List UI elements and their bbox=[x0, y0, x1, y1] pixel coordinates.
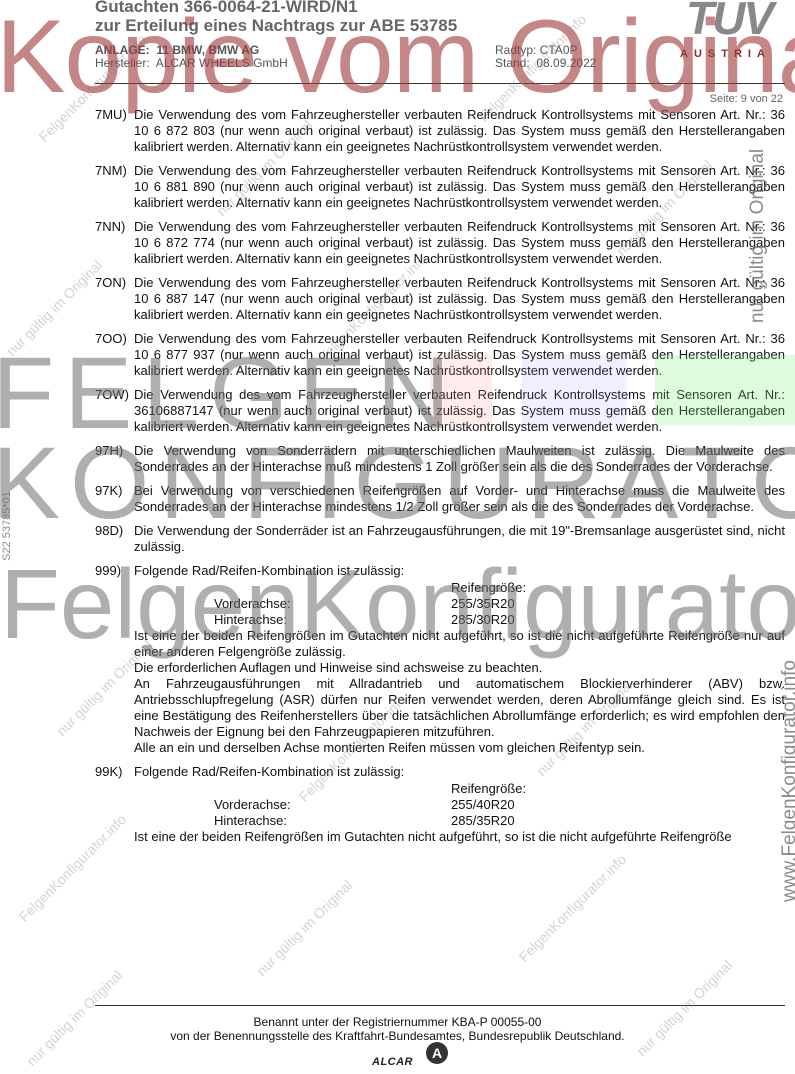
front-axle-label: Vorderachse: bbox=[214, 797, 291, 813]
anlage-line: ANLAGE: 11 BMW, BMW AG bbox=[95, 43, 259, 57]
tuv-logo-mark: TÜV bbox=[686, 0, 772, 46]
clause-text: Die Verwendung des vom Fahrzeugherstelle… bbox=[134, 331, 785, 379]
note: Die erforderlichen Auflagen und Hinweise… bbox=[134, 660, 785, 676]
anlage-label: ANLAGE: bbox=[95, 43, 150, 57]
note: Ist eine der beiden Reifengrößen im Guta… bbox=[134, 628, 785, 660]
clause-item: 7ON)Die Verwendung des vom Fahrzeugherst… bbox=[95, 275, 785, 323]
combination-intro: Folgende Rad/Reifen-Kombination ist zulä… bbox=[134, 764, 785, 780]
clause-code: 97K) bbox=[95, 483, 122, 499]
clause-code: 99K) bbox=[95, 764, 122, 780]
watermark-diagonal: nur gültig im Original bbox=[633, 957, 735, 1059]
clause-item: 7NM)Die Verwendung des vom Fahrzeugherst… bbox=[95, 163, 785, 211]
watermark-diagonal: FelgenKonfigurator.info bbox=[516, 851, 630, 965]
alcar-logo: ALCAR A bbox=[370, 1040, 460, 1074]
clause-code: 7ON) bbox=[95, 275, 126, 291]
hersteller-label: Hersteller: bbox=[95, 56, 150, 70]
footer-divider bbox=[95, 1005, 785, 1006]
combination-notes: Ist eine der beiden Reifengrößen im Guta… bbox=[134, 829, 785, 845]
tuv-austria-logo: TÜV AUSTRIA bbox=[680, 0, 790, 70]
clause-code: 98D) bbox=[95, 523, 123, 539]
clause-item: 97H)Die Verwendung von Sonderrädern mit … bbox=[95, 443, 785, 475]
tyre-size-header: Reifengröße: bbox=[451, 781, 526, 797]
stand-value: 08.09.2022 bbox=[536, 56, 596, 70]
page-number: Seite: 9 von 22 bbox=[710, 93, 783, 105]
tyre-size-header: Reifengröße: bbox=[451, 580, 526, 596]
radtyp-line: Radtyp: CTA0P bbox=[495, 43, 578, 57]
alcar-logo-text: ALCAR bbox=[372, 1056, 413, 1068]
clause-code: 7NN) bbox=[95, 219, 125, 235]
combination-notes: Ist eine der beiden Reifengrößen im Guta… bbox=[134, 628, 785, 756]
clause-text: Die Verwendung des vom Fahrzeugherstelle… bbox=[134, 163, 785, 211]
hersteller-line: Hersteller: ALCAR WHEELS GmbH bbox=[95, 56, 288, 70]
document-page: Gutachten 366-0064-21-WIRD/N1 zur Erteil… bbox=[0, 0, 795, 1074]
clause-text: Die Verwendung des vom Fahrzeugherstelle… bbox=[134, 387, 785, 435]
note: Ist eine der beiden Reifengrößen im Guta… bbox=[134, 829, 785, 845]
stand-line: Stand: 08.09.2022 bbox=[495, 56, 596, 70]
front-axle-label: Vorderachse: bbox=[214, 596, 291, 612]
clause-item: 7OW)Die Verwendung des vom Fahrzeugherst… bbox=[95, 387, 785, 435]
clause-code: 97H) bbox=[95, 443, 123, 459]
footer-registration: Benannt unter der Registriernummer KBA-P… bbox=[0, 1015, 795, 1029]
tyre-combination-99k: 99K) Folgende Rad/Reifen-Kombination ist… bbox=[95, 764, 785, 845]
clause-item: 7MU)Die Verwendung des vom Fahrzeugherst… bbox=[95, 107, 785, 155]
radtyp-label: Radtyp: bbox=[495, 43, 536, 57]
watermark-diagonal: nur gültig im Original bbox=[3, 257, 105, 359]
tuv-logo-austria: AUSTRIA bbox=[680, 48, 771, 60]
clause-item: 7OO)Die Verwendung des vom Fahrzeugherst… bbox=[95, 331, 785, 379]
clause-code: 7OO) bbox=[95, 331, 127, 347]
rear-axle-size: 285/30R20 bbox=[451, 612, 515, 628]
clause-item: 97K)Bei Verwendung von verschiedenen Rei… bbox=[95, 483, 785, 515]
watermark-diagonal: nur gültig im Original bbox=[253, 877, 355, 979]
rear-axle-label: Hinterachse: bbox=[214, 612, 287, 628]
report-title: Gutachten 366-0064-21-WIRD/N1 bbox=[95, 0, 358, 17]
document-body: 7MU)Die Verwendung des vom Fahrzeugherst… bbox=[95, 107, 785, 853]
combination-intro: Folgende Rad/Reifen-Kombination ist zulä… bbox=[134, 563, 785, 579]
watermark-left-code: S22 53785*01 bbox=[1, 491, 13, 561]
report-subtitle: zur Erteilung eines Nachtrags zur ABE 53… bbox=[95, 16, 457, 36]
tyre-combination-999: 999) Folgende Rad/Reifen-Kombination ist… bbox=[95, 563, 785, 756]
note: Alle an ein und derselben Achse montiert… bbox=[134, 740, 785, 756]
clause-text: Die Verwendung des vom Fahrzeugherstelle… bbox=[134, 219, 785, 267]
clause-code: 7NM) bbox=[95, 163, 127, 179]
header-divider bbox=[95, 83, 785, 84]
clause-code: 999) bbox=[95, 563, 121, 579]
note: An Fahrzeugausführungen mit Allradantrie… bbox=[134, 676, 785, 740]
clause-text: Die Verwendung von Sonderrädern mit unte… bbox=[134, 443, 785, 475]
tyre-size-table: Reifengröße: Vorderachse: 255/35R20 Hint… bbox=[134, 580, 785, 628]
clause-code: 7MU) bbox=[95, 107, 127, 123]
alcar-badge-icon: A bbox=[426, 1042, 448, 1064]
radtyp-value: CTA0P bbox=[540, 43, 578, 57]
anlage-value: 11 BMW, BMW AG bbox=[156, 43, 259, 57]
stand-label: Stand: bbox=[495, 56, 530, 70]
clause-text: Bei Verwendung von verschiedenen Reifeng… bbox=[134, 483, 785, 515]
clause-code: 7OW) bbox=[95, 387, 129, 403]
front-axle-size: 255/40R20 bbox=[451, 797, 515, 813]
rear-axle-size: 285/35R20 bbox=[451, 813, 515, 829]
clause-text: Die Verwendung des vom Fahrzeugherstelle… bbox=[134, 107, 785, 155]
clause-text: Die Verwendung der Sonderräder ist an Fa… bbox=[134, 523, 785, 555]
tyre-size-table: Reifengröße: Vorderachse: 255/40R20 Hint… bbox=[134, 781, 785, 829]
clause-item: 7NN)Die Verwendung des vom Fahrzeugherst… bbox=[95, 219, 785, 267]
clause-item: 98D)Die Verwendung der Sonderräder ist a… bbox=[95, 523, 785, 555]
rear-axle-label: Hinterachse: bbox=[214, 813, 287, 829]
clause-text: Die Verwendung des vom Fahrzeugherstelle… bbox=[134, 275, 785, 323]
hersteller-value: ALCAR WHEELS GmbH bbox=[156, 56, 288, 70]
front-axle-size: 255/35R20 bbox=[451, 596, 515, 612]
